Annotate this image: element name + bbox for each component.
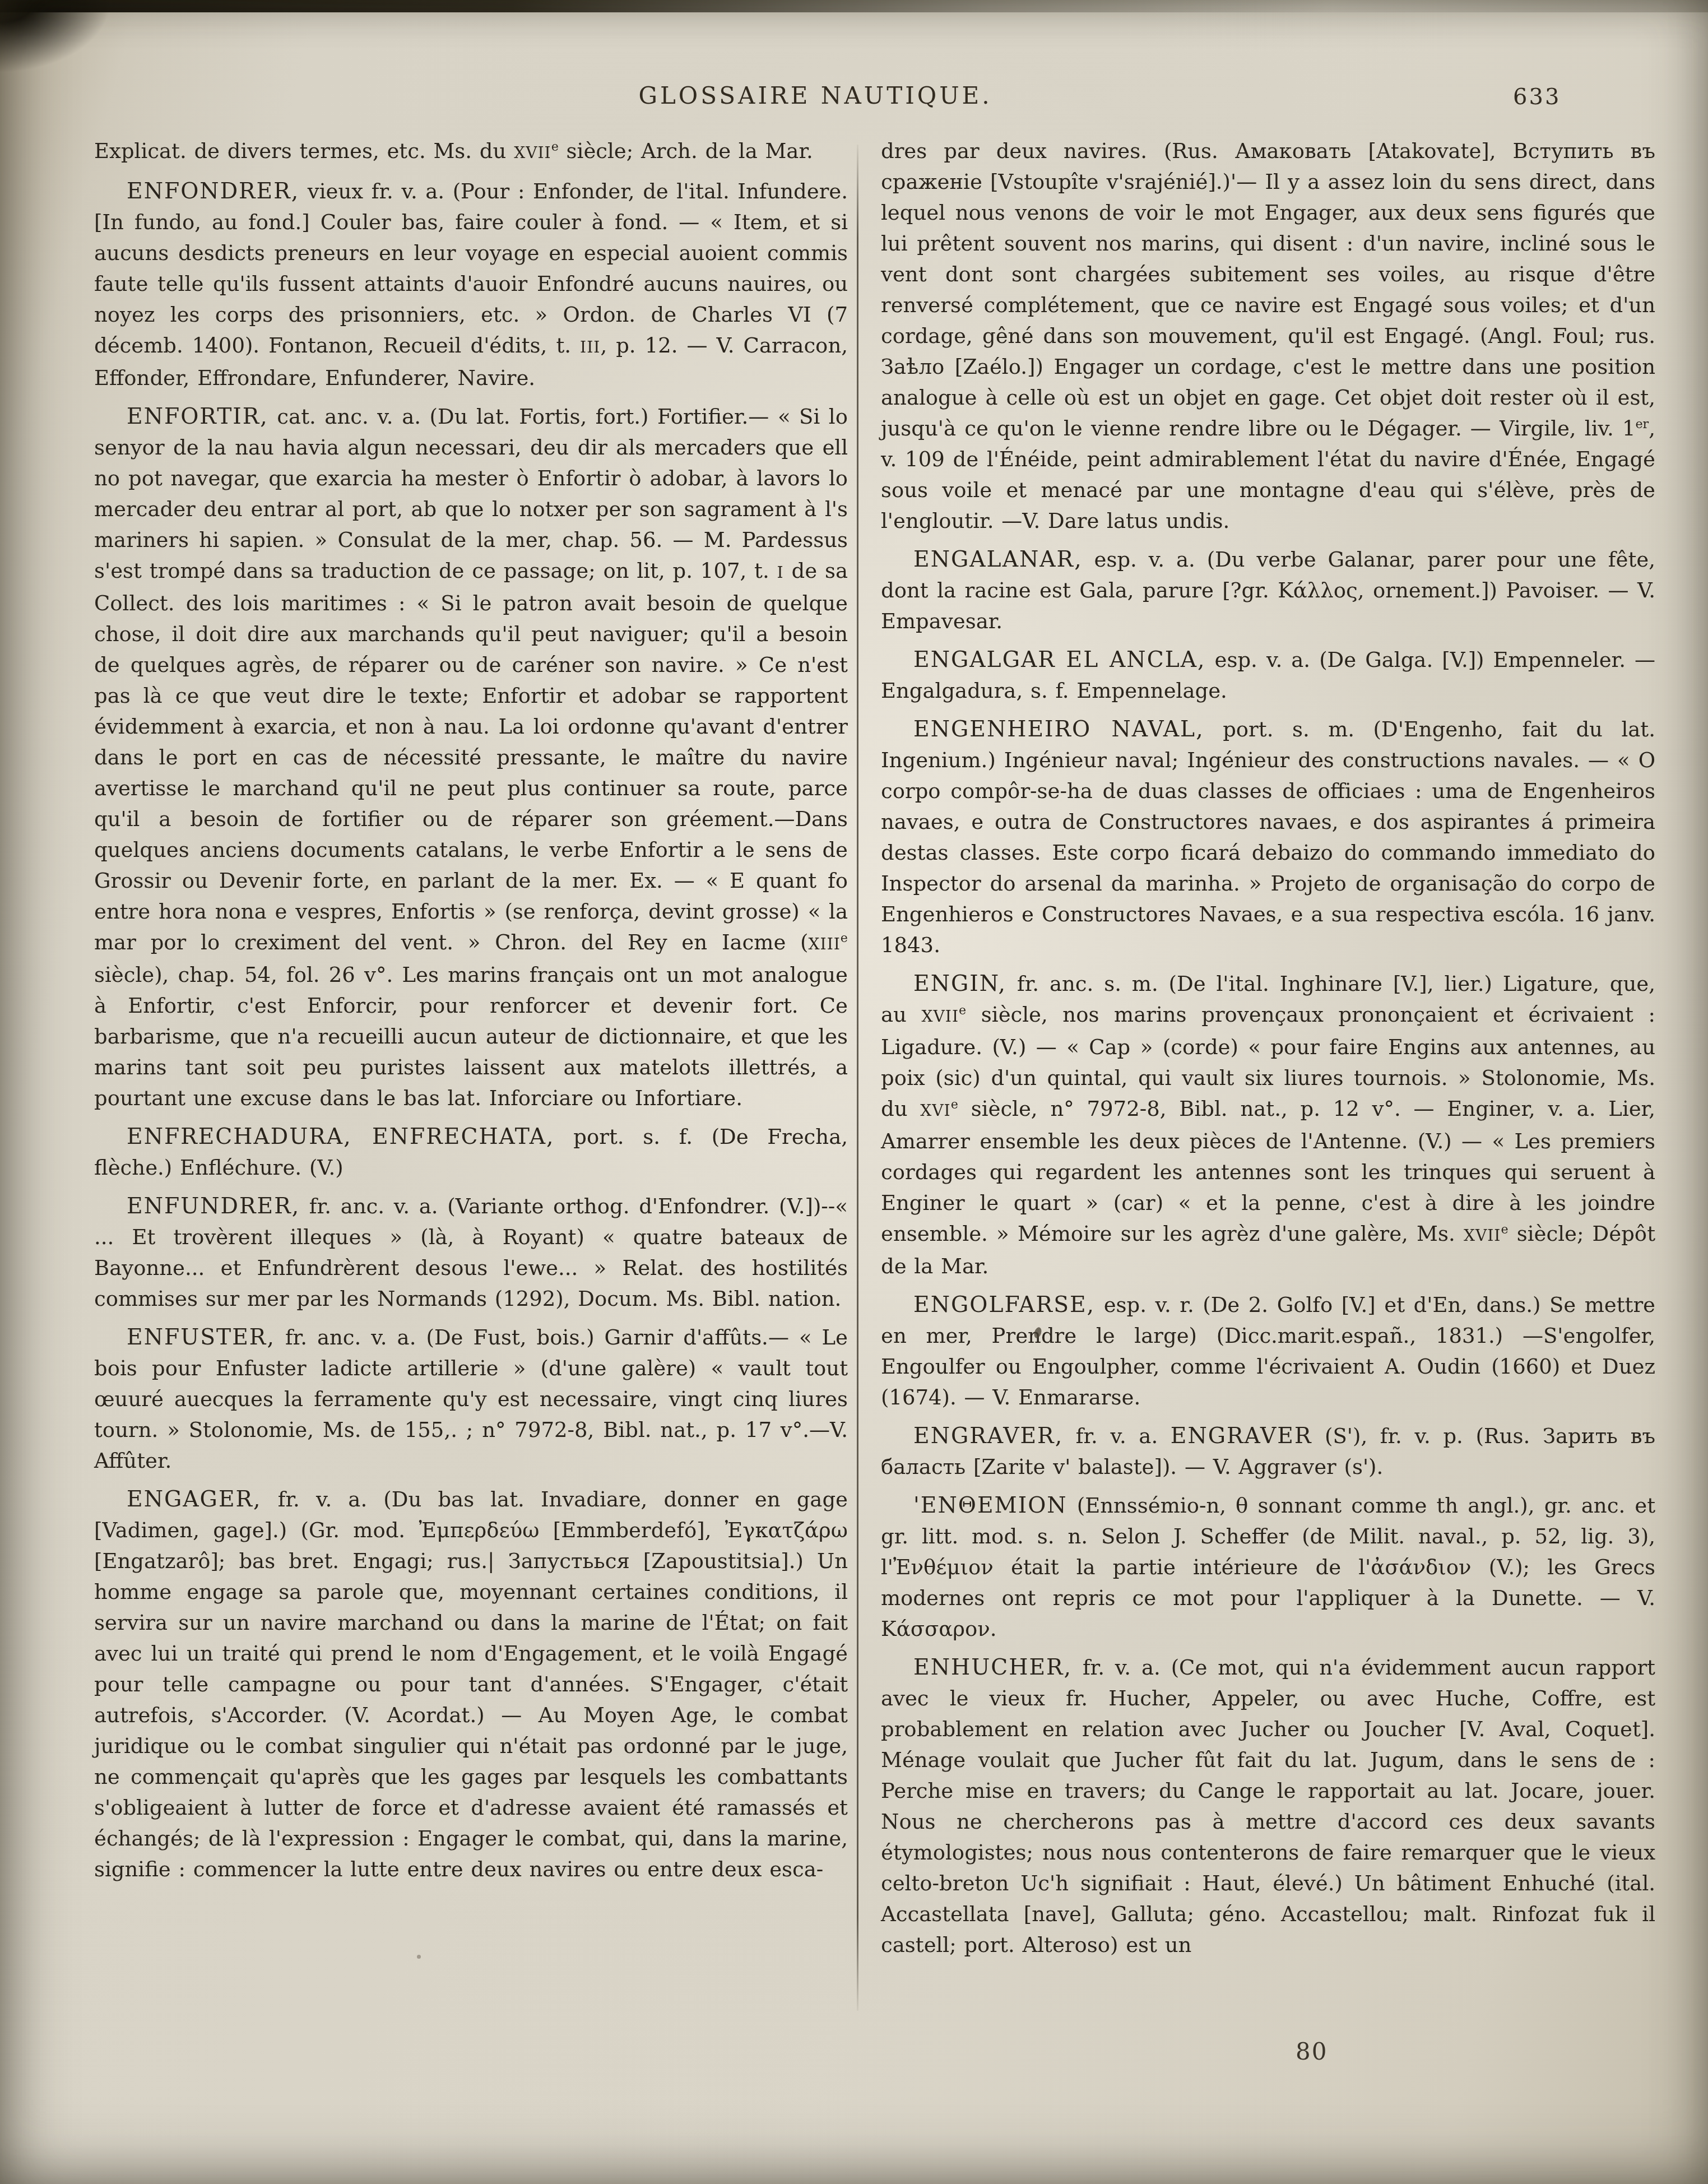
text-run: port. s. m. (D'	[1204, 717, 1404, 741]
text-run: , t.	[541, 333, 580, 358]
column-divider-rule	[857, 145, 858, 2011]
entry-paragraph: dres par deux navires. (Rus. Амаковать […	[881, 136, 1655, 536]
text-run: , s. f. Empennelage.	[1016, 679, 1227, 703]
text-run: Enforcir	[307, 994, 392, 1018]
text-run: Foul	[1552, 324, 1598, 348]
entry-paragraph: ENGRAVER, fr. v. a. ENGRAVER (S'), fr. v…	[881, 1421, 1655, 1482]
text-run: siècle; Arch. de la Mar.	[559, 139, 813, 163]
text-run: Mémoire sur les agrèz d'une galère	[1018, 1222, 1401, 1246]
entry-headword: ENGIN,	[913, 971, 1006, 996]
text-run: Joucher	[1363, 1717, 1445, 1741]
text-run: Vstoupîte v'srajénié	[998, 170, 1208, 194]
entry-headword: ENGALGAR EL ANCLA,	[913, 647, 1206, 673]
text-run: fr. v. a. (Du bas lat.	[262, 1487, 541, 1511]
text-run: e	[1501, 1222, 1508, 1237]
text-run: Enfortir	[128, 994, 209, 1018]
text-run: Frecha	[767, 1125, 841, 1149]
text-run: Engagi	[352, 1549, 426, 1573]
text-run: ].) Un homme engage sa parole que, moyen…	[94, 1549, 848, 1881]
text-run: nave	[1032, 1902, 1082, 1926]
text-run: Consulat de la mer	[337, 528, 545, 552]
entry-paragraph: ENFUNDRER, fr. anc. v. a. (Variante orth…	[94, 1191, 848, 1314]
text-run: Alteroso	[1022, 1933, 1110, 1957]
left-column: Explicat. de divers termes, etc. Ms. du …	[94, 136, 848, 1893]
text-run: ou	[593, 1086, 635, 1110]
text-run: Jucher	[1113, 1748, 1182, 1772]
text-run: signifiait : Haut, élevé.) Un bâtiment E…	[1069, 1871, 1655, 1895]
text-run: , gage].) (Gr. mod. Ἐμπερδεύω [	[193, 1518, 561, 1542]
text-run: Invadiare	[541, 1487, 641, 1511]
text-run: iii	[580, 338, 600, 356]
text-run: xiii	[809, 935, 841, 953]
text-run: Chron. del Rey en Iacme	[495, 930, 786, 954]
text-run: i	[777, 563, 784, 582]
text-run: ) d'un quintal, qui vault six liures tou…	[972, 1066, 1481, 1090]
entry-headword: ENGOLFARSE,	[913, 1292, 1095, 1318]
entry-headword: ENFORTIR,	[127, 404, 268, 429]
text-run: Stolonomie,	[189, 1418, 314, 1442]
text-run: Galluta	[1111, 1902, 1187, 1926]
text-run: ]). — V. Aggraver (s').	[1154, 1455, 1383, 1479]
text-run: de sa	[784, 559, 848, 583]
page-header-title: GLOSSAIRE NAUTIQUE.	[0, 82, 1631, 109]
text-run: Ennssémio-n	[1085, 1494, 1219, 1518]
text-run: etc. Ms. du	[379, 139, 514, 163]
text-run: vieux fr. v. a. (Pour :	[299, 179, 533, 203]
text-run: Ingenium.	[881, 748, 987, 772]
text-run: Collect. des lois maritimes	[94, 591, 387, 615]
entry-headword: ENGAGER,	[127, 1487, 262, 1512]
text-run: ou	[1310, 1717, 1364, 1741]
entry-paragraph: ENGIN, fr. anc. s. m. (De l'ital. Inghin…	[881, 968, 1655, 1282]
text-run: Explicat. de divers termes,	[94, 139, 379, 163]
text-run: et	[565, 684, 612, 708]
text-run: Engalgadura	[881, 679, 1016, 703]
text-run: In fundo	[102, 210, 194, 234]
text-run: esp. v. a. (Du verbe	[1083, 548, 1328, 572]
scanned-page: GLOSSAIRE NAUTIQUE. 633 Explicat. de div…	[0, 0, 1708, 2184]
entry-paragraph: ENGAGER, fr. v. a. (Du bas lat. Invadiar…	[94, 1484, 848, 1885]
entry-paragraph: ENGALANAR, esp. v. a. (Du verbe Galanar,…	[881, 544, 1655, 637]
text-run: fût fait du lat.	[1182, 1748, 1370, 1772]
text-run: ].)'— Il y a assez loin du sens direct, …	[881, 170, 1655, 348]
text-run: En	[1432, 1293, 1461, 1317]
text-run: .	[736, 1086, 742, 1110]
entry-paragraph: Explicat. de divers termes, etc. Ms. du …	[94, 136, 848, 168]
text-run: Enfonder	[533, 179, 628, 203]
text-run: sic	[944, 1066, 973, 1090]
text-run: Uc'h	[1020, 1871, 1069, 1895]
text-run: dres par deux navires. (Rus. Амаковать [	[881, 139, 1376, 163]
text-run: , Appeler, ou avec	[1185, 1686, 1435, 1710]
text-run: (1292), Docum. Ms. Bibl. nation.	[487, 1287, 841, 1311]
text-run: Inforciare	[489, 1086, 593, 1110]
text-run: adobar	[612, 684, 685, 708]
text-run: Fust,	[473, 1325, 526, 1350]
scan-corner-shadow	[0, 0, 112, 73]
text-run: , θ sonnant comme	[1219, 1494, 1436, 1518]
text-run: Infortiare	[635, 1086, 736, 1110]
entry-paragraph: ENHUCHER, fr. v. a. (Ce mot, qui n'a évi…	[881, 1652, 1655, 1960]
text-run: (	[786, 930, 808, 954]
entry-headword: ENFRECHADURA, ENFRECHATA,	[127, 1124, 555, 1149]
text-run: cat. anc. v. a. (Du lat.	[268, 405, 519, 429]
text-run: fr. anc. v. a. (Variante orthog. d'	[300, 1194, 658, 1218]
text-run: ]; bas bret.	[210, 1549, 352, 1573]
text-run: Atakovate	[1376, 139, 1481, 163]
text-run: ) est un	[1110, 1933, 1191, 1957]
text-run: ; rus.| Запустьься [	[426, 1549, 651, 1573]
text-run: Accastellou	[1281, 1902, 1402, 1926]
text-run: esp. v. a. (De	[1206, 648, 1366, 672]
text-run: Enfondrer.	[658, 1194, 769, 1218]
text-run: Accastellata	[881, 1902, 1009, 1926]
text-run: Jocare	[1511, 1779, 1577, 1803]
text-run: de Milit. naval.	[1310, 1524, 1482, 1548]
entry-headword: ENFUSTER,	[127, 1325, 275, 1350]
text-run: Huche	[1435, 1686, 1504, 1710]
text-run: Stolonomie	[1481, 1066, 1600, 1090]
text-run: er	[1635, 417, 1649, 432]
text-run: Zaélo.	[963, 355, 1027, 379]
entry-paragraph: ENFUSTER, fr. anc. v. a. (De Fust, bois.…	[94, 1322, 848, 1476]
text-run: e	[551, 140, 559, 154]
text-run: siècle, n° 7972-8, Bibl. nat., p. 12 v°.…	[958, 1097, 1447, 1121]
entry-headword: ENGALANAR,	[913, 547, 1083, 572]
text-run: Galga.	[1365, 648, 1433, 672]
text-run: Inghinare	[1280, 972, 1382, 996]
text-run: ; malt.	[1402, 1902, 1492, 1926]
text-run: , et non à	[330, 715, 444, 739]
text-run: Enfortir	[619, 838, 703, 862]
text-run: Engatzarô	[102, 1549, 210, 1573]
text-run: exarcia	[253, 715, 330, 739]
signature-mark: 80	[1296, 2038, 1328, 2065]
entry-headword: ENFUNDRER,	[127, 1194, 300, 1219]
text-run: , Ms.	[1401, 1222, 1464, 1246]
text-run: Vadimen	[102, 1518, 193, 1542]
text-run: [V.]) Empenneler. —	[1433, 648, 1655, 672]
text-run: Jugum	[1370, 1748, 1438, 1772]
text-run: e	[841, 931, 848, 945]
text-run: Hucher	[1108, 1686, 1185, 1710]
text-run: xvii	[922, 1007, 959, 1026]
text-run: nau	[444, 715, 483, 739]
text-run: Emmberdefó	[561, 1518, 697, 1542]
text-run: ; port.	[949, 1933, 1022, 1957]
entry-headword: ENFONDRER,	[127, 179, 299, 204]
text-run: e	[951, 1097, 958, 1112]
entry-paragraph: ENFORTIR, cat. anc. v. a. (Du lat. Forti…	[94, 401, 848, 1114]
text-run: Galanar	[1328, 548, 1409, 572]
text-run: Enginer	[1447, 1097, 1529, 1121]
text-run: Zarite v' balaste	[981, 1455, 1154, 1479]
text-run: Engenho	[1404, 717, 1497, 741]
text-run: xvii	[514, 143, 551, 162]
text-run: Enfortir	[482, 684, 565, 708]
text-run: Fortis	[519, 405, 580, 429]
entry-headword: ENGRAVER,	[913, 1423, 1063, 1449]
text-run: port. s. f. (De	[555, 1125, 768, 1149]
text-run: ],	[1082, 1902, 1111, 1926]
text-run: , fait du lat.	[1497, 717, 1655, 741]
entry-paragraph: ENFONDRER, vieux fr. v. a. (Pour : Enfon…	[94, 176, 848, 393]
entry-headword: 'ENΘEMION	[913, 1493, 1067, 1518]
right-column: dres par deux navires. (Rus. Амаковать […	[881, 136, 1655, 1968]
scan-edge-top	[0, 0, 1708, 12]
text-run: fr. anc. v. a. (De	[275, 1325, 474, 1350]
text-run: (	[1067, 1494, 1085, 1518]
text-run: Infundere.	[737, 179, 848, 203]
text-run: Ordon. de Charles VI	[563, 303, 811, 327]
text-run: [	[1009, 1902, 1032, 1926]
text-run: e	[959, 1003, 966, 1018]
text-run: [	[94, 210, 102, 234]
entry-headword: ENHUCHER,	[913, 1655, 1072, 1680]
text-run: fr. anc. s. m. (De l'ital.	[1006, 972, 1280, 996]
text-run: xvi	[920, 1101, 950, 1120]
text-run: , de l'ital.	[628, 179, 737, 203]
entry-headword: ENGENHEIRO NAVAL,	[913, 717, 1204, 742]
text-run: xvii	[1464, 1226, 1501, 1245]
entry-paragraph: 'ENΘEMION (Ennssémio-n, θ sonnant comme …	[881, 1490, 1655, 1644]
entry-headword: ENGRAVER	[1171, 1423, 1312, 1449]
text-run: Jucher	[1241, 1717, 1310, 1741]
ink-speck	[417, 1955, 421, 1959]
entry-paragraph: ENGALGAR EL ANCLA, esp. v. a. (De Galga.…	[881, 644, 1655, 706]
text-run: Recueil d'édits	[383, 333, 541, 358]
text-run: fr. v. a.	[1063, 1424, 1171, 1448]
text-run: Zapoustitsia	[651, 1549, 781, 1573]
text-run: [V.] et d'	[1333, 1293, 1432, 1317]
text-run: esp. v. r. (De 2.	[1095, 1293, 1277, 1317]
text-run: Gala	[1079, 578, 1127, 602]
text-run: Golfo	[1277, 1293, 1333, 1317]
text-run: ; géno.	[1187, 1902, 1281, 1926]
page-number: 633	[1513, 84, 1561, 110]
text-run: , c'est	[209, 994, 307, 1018]
text-run: th	[1436, 1494, 1458, 1518]
entry-paragraph: ENGOLFARSE, esp. v. r. (De 2. Golfo [V.]…	[881, 1290, 1655, 1413]
entry-paragraph: ENGENHEIRO NAVAL, port. s. m. (D'Engenho…	[881, 714, 1655, 961]
entry-paragraph: ENFRECHADURA, ENFRECHATA, port. s. f. (D…	[94, 1121, 848, 1183]
text-run: Dicc.marit.españ.	[1224, 1324, 1409, 1348]
